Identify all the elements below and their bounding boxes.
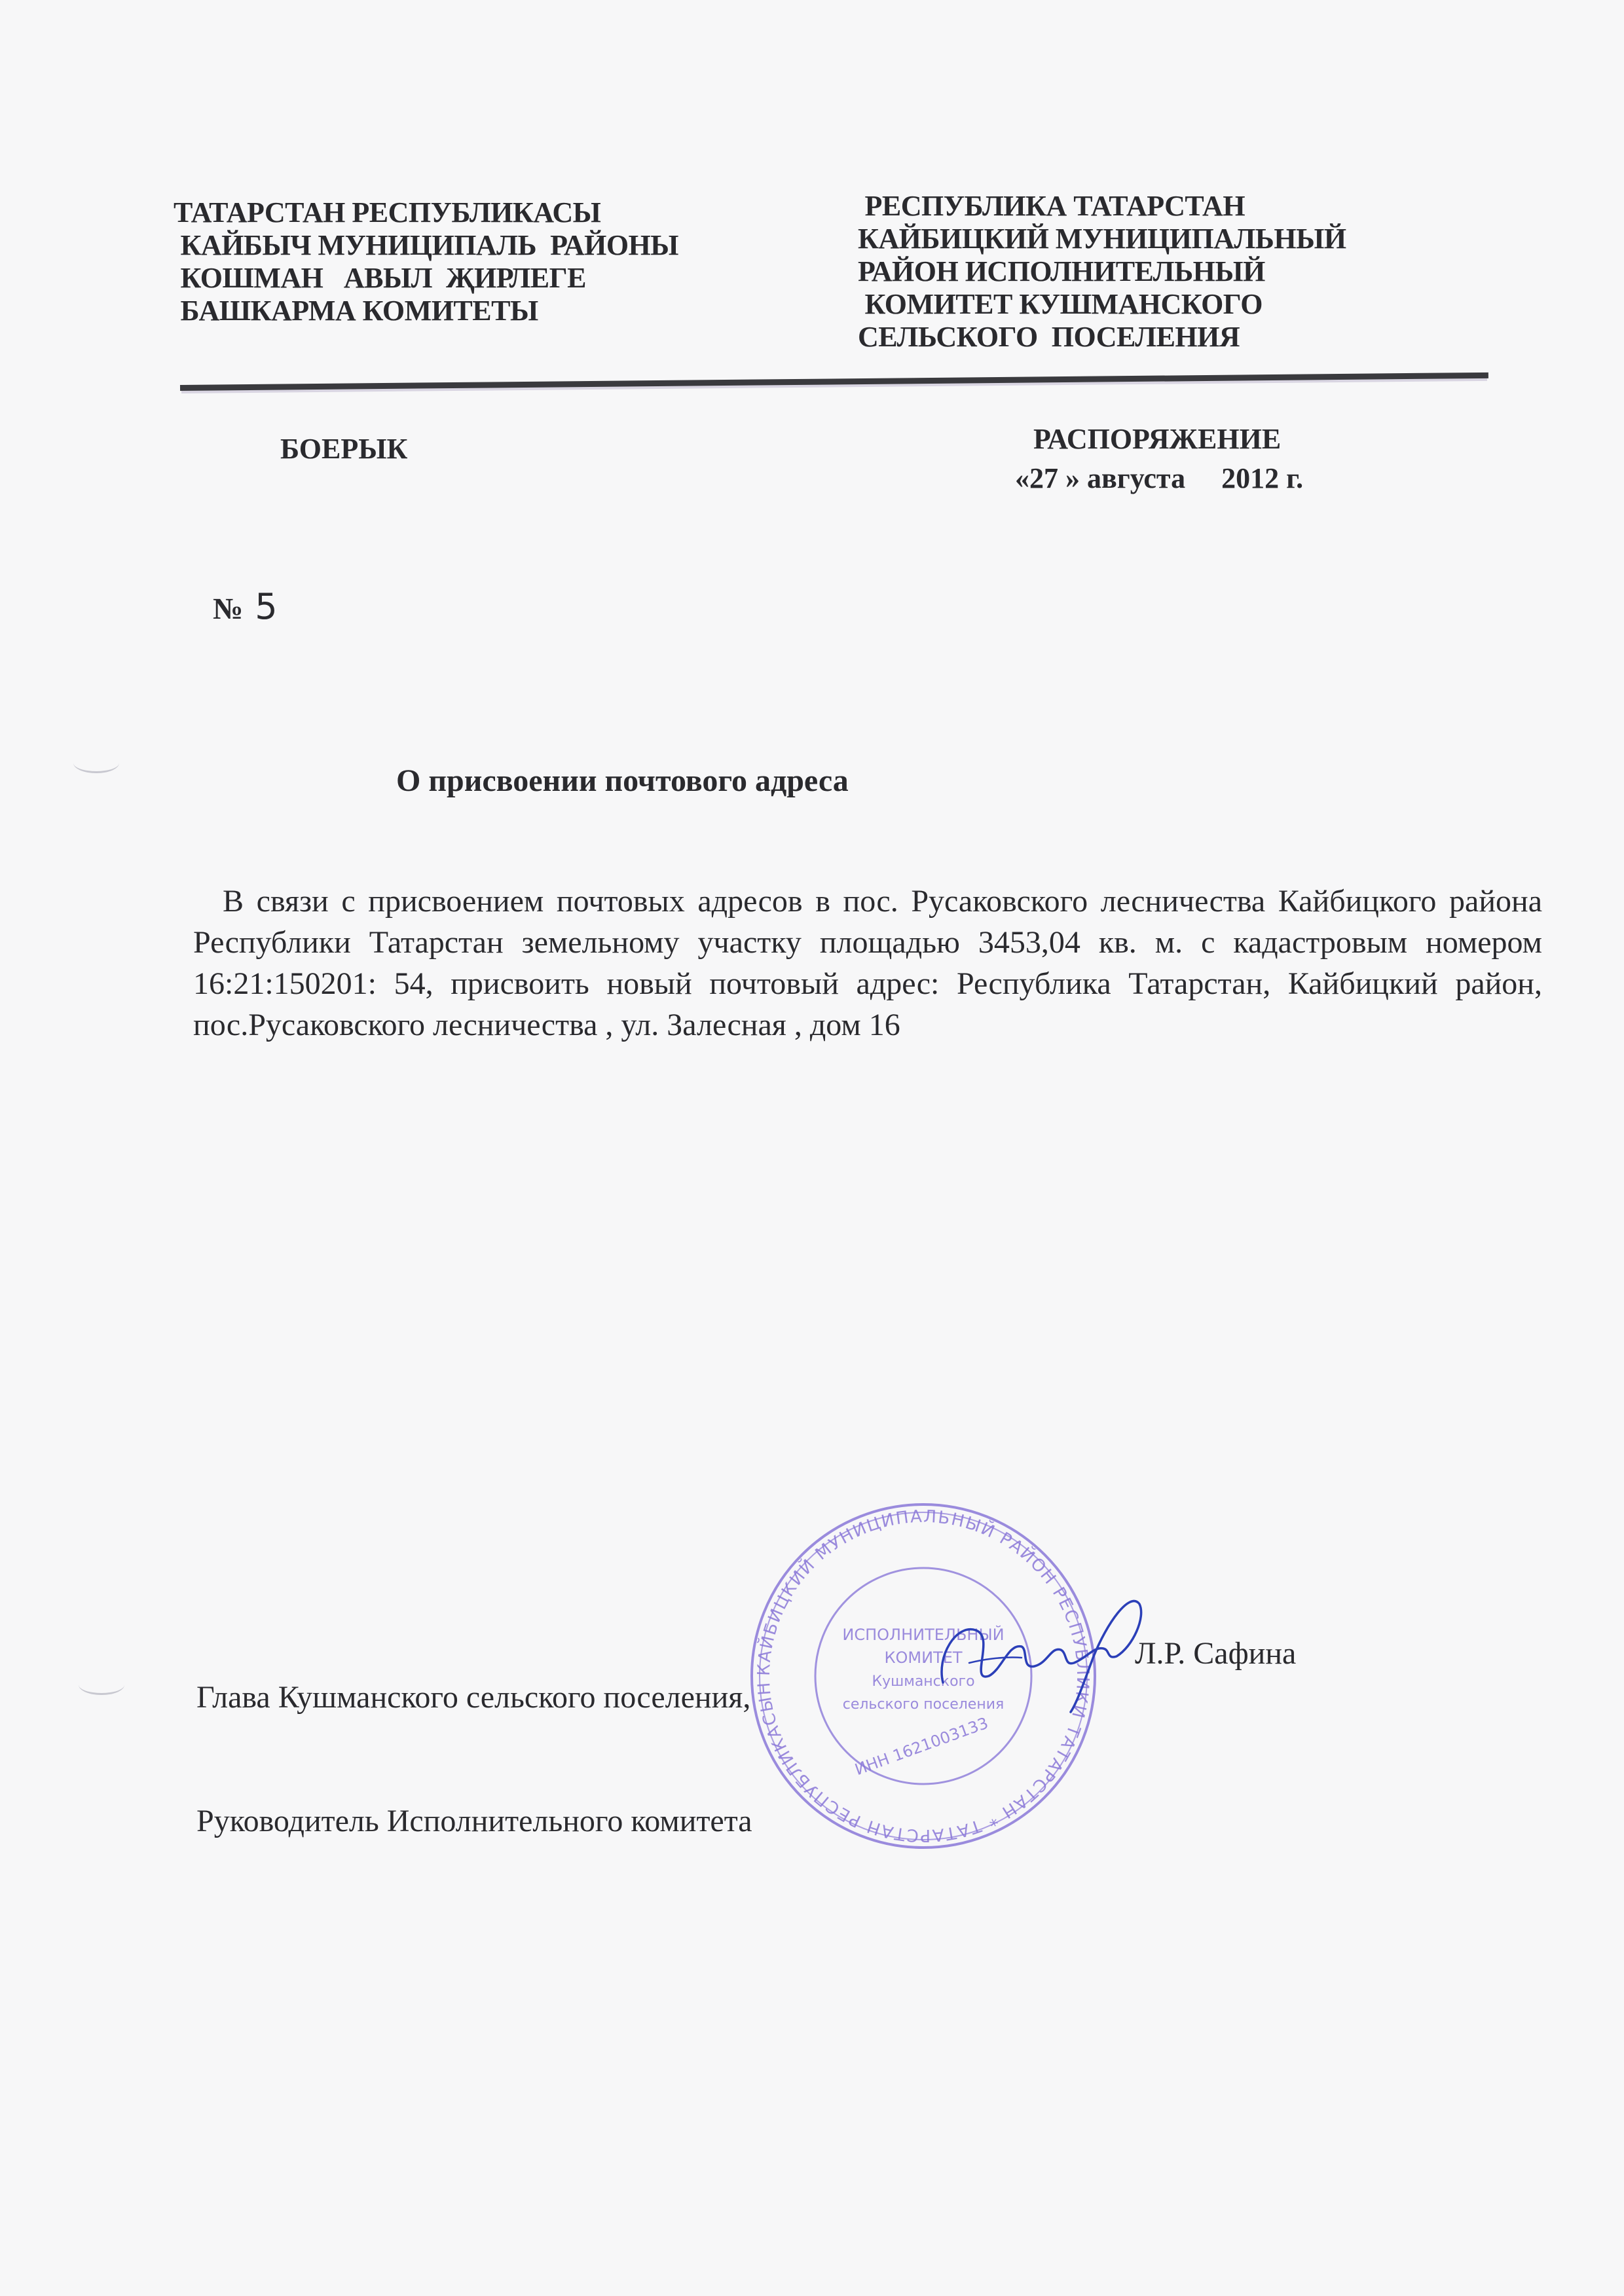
header-divider <box>180 373 1488 391</box>
header-russian: РЕСПУБЛИКА ТАТАРСТАН КАЙБИЦКИЙ МУНИЦИПАЛ… <box>858 190 1346 354</box>
doc-title: О присвоении почтового адреса <box>396 763 849 799</box>
header-tatar-line: КАЙБЫЧ МУНИЦИПАЛЬ РАЙОНЫ <box>174 229 678 262</box>
number-sign: № <box>213 592 243 625</box>
signatory-position-line1: Глава Кушманского сельского поселения, <box>196 1677 752 1718</box>
header-tatar-line: БАШКАРМА КОМИТЕТЫ <box>174 295 678 327</box>
header-russian-line: РЕСПУБЛИКА ТАТАРСТАН <box>858 190 1346 223</box>
punch-hole-top <box>73 753 119 773</box>
header-russian-line: СЕЛЬСКОГО ПОСЕЛЕНИЯ <box>858 321 1346 354</box>
signatory-name: Л.Р. Сафина <box>1135 1635 1296 1671</box>
doc-body: В связи с присвоением почтовых адресов в… <box>193 881 1542 1046</box>
header-tatar-line: ТАТАРСТАН РЕСПУБЛИКАСЫ <box>174 196 678 229</box>
header-russian-line: КАЙБИЦКИЙ МУНИЦИПАЛЬНЫЙ <box>858 223 1346 255</box>
doc-date: «27 » августа 2012 г. <box>1015 462 1303 495</box>
header-tatar: ТАТАРСТАН РЕСПУБЛИКАСЫ КАЙБЫЧ МУНИЦИПАЛЬ… <box>174 196 678 327</box>
number-value: 5 <box>255 586 277 627</box>
header-tatar-line: КОШМАН АВЫЛ ҖИРЛЕГЕ <box>174 262 678 295</box>
handwritten-signature <box>930 1584 1153 1715</box>
signatory-position-line2: Руководитель Исполнительного комитета <box>196 1800 752 1842</box>
doc-type-tatar: БОЕРЫК <box>280 432 407 465</box>
header-russian-line: КОМИТЕТ КУШМАНСКОГО <box>858 288 1346 321</box>
doc-number: №5 <box>213 586 278 627</box>
doc-type-russian: РАСПОРЯЖЕНИЕ <box>1033 422 1281 456</box>
punch-hole-bottom <box>79 1675 124 1695</box>
header-russian-line: РАЙОН ИСПОЛНИТЕЛЬНЫЙ <box>858 255 1346 288</box>
stamp-inn: ИНН 1621003133 <box>853 1714 991 1779</box>
signatory-position: Глава Кушманского сельского поселения, Р… <box>196 1594 752 1883</box>
